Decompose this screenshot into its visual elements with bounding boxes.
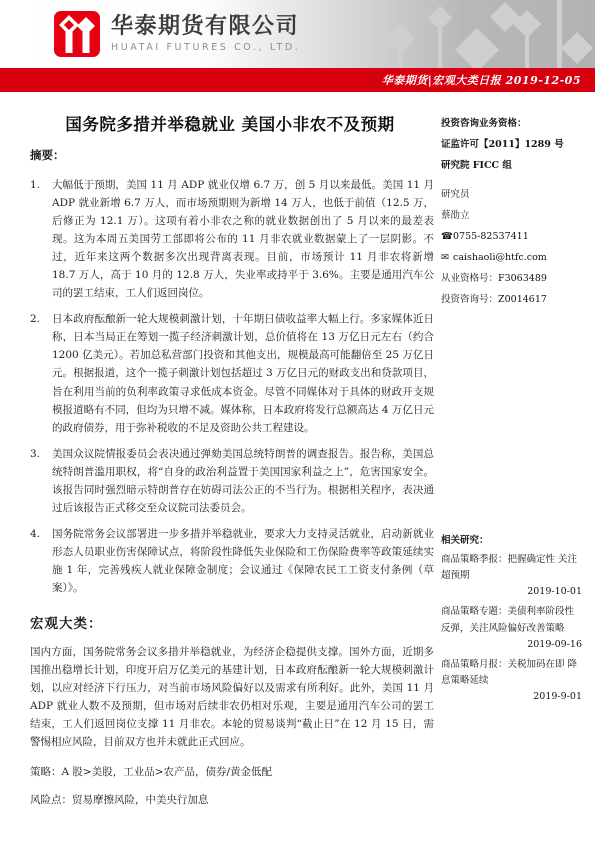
header-decoration-pattern: [355, 0, 595, 68]
strategy-line: 策略：A 股>美股，工业品>农产品，债券/黄金低配: [30, 764, 434, 779]
summary-item-text: 大幅低于预期，美国 11 月 ADP 就业仅增 6.7 万，创 5 月以来最低。…: [52, 176, 434, 302]
researcher-block: 研究员 蔡劭立 ☎0755-82537411 ✉caishaoli@htfc.c…: [441, 184, 582, 310]
report-title: 国务院多措并举稳就业 美国小非农不及预期: [28, 111, 432, 135]
company-name-en: HUATAI FUTURES CO., LTD.: [111, 42, 300, 53]
email-line: ✉caishaoli@htfc.com: [441, 247, 582, 268]
summary-item-number: 2.: [30, 310, 52, 436]
phone-number: 0755-82537411: [453, 231, 529, 242]
summary-item-number: 3.: [30, 445, 52, 517]
email-icon: ✉: [441, 247, 453, 268]
summary-item-3: 3. 美国众议院情报委员会表决通过弹劾美国总统特朗普的调查报告。报告称，美国总统…: [30, 445, 434, 517]
summary-item-number: 1.: [30, 176, 52, 302]
phone-icon: ☎: [441, 226, 453, 247]
practice-number: 从业资格号：F3063489: [441, 268, 582, 289]
summary-item-text: 日本政府酝酿新一轮大规模刺激计划，十年期日债收益率大幅上行。多家媒体近日称，日本…: [52, 310, 434, 436]
email-address: caishaoli@htfc.com: [453, 252, 547, 263]
macro-section-heading: 宏观大类：: [30, 612, 434, 632]
summary-item-number: 4.: [30, 525, 52, 597]
summary-heading: 摘要：: [30, 147, 434, 163]
related-item-date: 2019-10-01: [441, 584, 582, 600]
related-item-date: 2019-09-16: [441, 637, 582, 653]
summary-item-1: 1. 大幅低于预期，美国 11 月 ADP 就业仅增 6.7 万，创 5 月以来…: [30, 176, 434, 302]
macro-paragraph: 国内方面，国务院常务会议多措并举稳就业，为经济企稳提供支撑。国外方面，近期多国推…: [30, 643, 434, 751]
company-logo: 华泰期货有限公司 HUATAI FUTURES CO., LTD.: [54, 11, 300, 57]
company-name: 华泰期货有限公司 HUATAI FUTURES CO., LTD.: [111, 15, 300, 53]
advisory-number: 投资咨询号：Z0014617: [441, 289, 582, 310]
research-team: 研究院 FICC 组: [441, 155, 582, 176]
report-page: 华泰期货有限公司 HUATAI FUTURES CO., LTD. 华泰期货|宏…: [0, 0, 595, 842]
phone-line: ☎0755-82537411: [441, 226, 582, 247]
sidebar: 投资咨询业务资格： 证监许可【2011】1289 号 研究院 FICC 组 研究…: [441, 113, 582, 709]
license-number: 证监许可【2011】1289 号: [441, 134, 582, 155]
company-name-cn: 华泰期货有限公司: [111, 15, 300, 39]
risk-line: 风险点：贸易摩擦风险，中美央行加息: [30, 792, 434, 807]
related-item-1: 商品策略季报：把握确定性 关注超预期 2019-10-01: [441, 552, 582, 600]
related-item-title: 商品策略季报：把握确定性 关注超预期: [441, 552, 582, 584]
related-item-title: 商品策略专题：美债利率阶段性反弹，关注风险偏好改善策略: [441, 604, 582, 636]
summary-item-2: 2. 日本政府酝酿新一轮大规模刺激计划，十年期日债收益率大幅上行。多家媒体近日称…: [30, 310, 434, 436]
banner-title-date: 华泰期货|宏观大类日报 2019-12-05: [382, 72, 581, 88]
related-item-date: 2019-9-01: [441, 689, 582, 705]
huatai-logo-icon: [54, 11, 100, 57]
report-banner: 华泰期货|宏观大类日报 2019-12-05: [0, 68, 595, 92]
summary-item-4: 4. 国务院常务会议部署进一步多措并举稳就业，要求大力支持灵活就业，启动新就业形…: [30, 525, 434, 597]
related-item-2: 商品策略专题：美债利率阶段性反弹，关注风险偏好改善策略 2019-09-16: [441, 604, 582, 652]
main-column: 摘要： 1. 大幅低于预期，美国 11 月 ADP 就业仅增 6.7 万，创 5…: [30, 147, 434, 807]
page-header: 华泰期货有限公司 HUATAI FUTURES CO., LTD.: [0, 0, 595, 68]
summary-item-text: 美国众议院情报委员会表决通过弹劾美国总统特朗普的调查报告。报告称，美国总统特朗普…: [52, 445, 434, 517]
researcher-label: 研究员: [441, 184, 582, 205]
related-item-3: 商品策略月报：关税加码在即 降息策略延续 2019-9-01: [441, 657, 582, 705]
summary-item-text: 国务院常务会议部署进一步多措并举稳就业，要求大力支持灵活就业，启动新就业形态人员…: [52, 525, 434, 597]
qualification-label: 投资咨询业务资格：: [441, 113, 582, 134]
researcher-name: 蔡劭立: [441, 205, 582, 226]
related-research-heading: 相关研究：: [441, 532, 582, 550]
related-item-title: 商品策略月报：关税加码在即 降息策略延续: [441, 657, 582, 689]
